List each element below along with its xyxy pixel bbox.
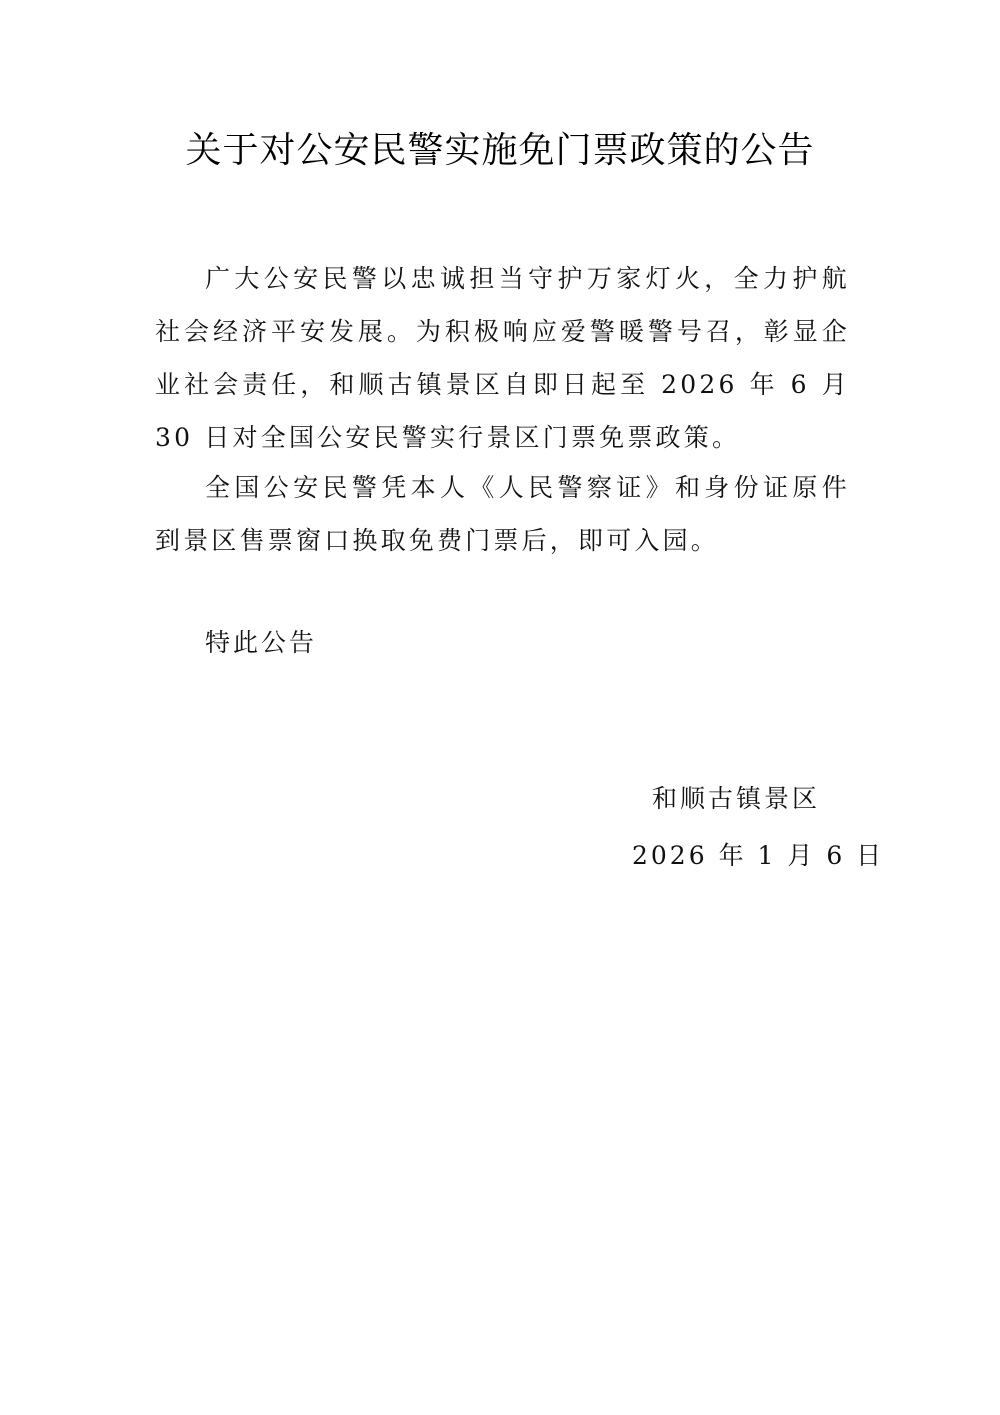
paragraph-text: 广大公安民警以忠诚担当守护万家灯火，全力护航社会经济平安发展。为积极响应爱警暖警… — [155, 252, 850, 464]
closing-text: 特此公告 — [205, 616, 317, 669]
paragraph-policy: 广大公安民警以忠诚担当守护万家灯火，全力护航社会经济平安发展。为积极响应爱警暖警… — [155, 252, 850, 464]
signature-date: 2026 年 1 月 6 日 — [632, 829, 884, 882]
paragraph-text: 全国公安民警凭本人《人民警察证》和身份证原件到景区售票窗口换取免费门票后，即可入… — [155, 461, 850, 567]
paragraph-entry-requirements: 全国公安民警凭本人《人民警察证》和身份证原件到景区售票窗口换取免费门票后，即可入… — [155, 461, 850, 567]
signature-organization: 和顺古镇景区 — [652, 772, 820, 825]
page-title: 关于对公安民警实施免门票政策的公告 — [0, 126, 1000, 176]
